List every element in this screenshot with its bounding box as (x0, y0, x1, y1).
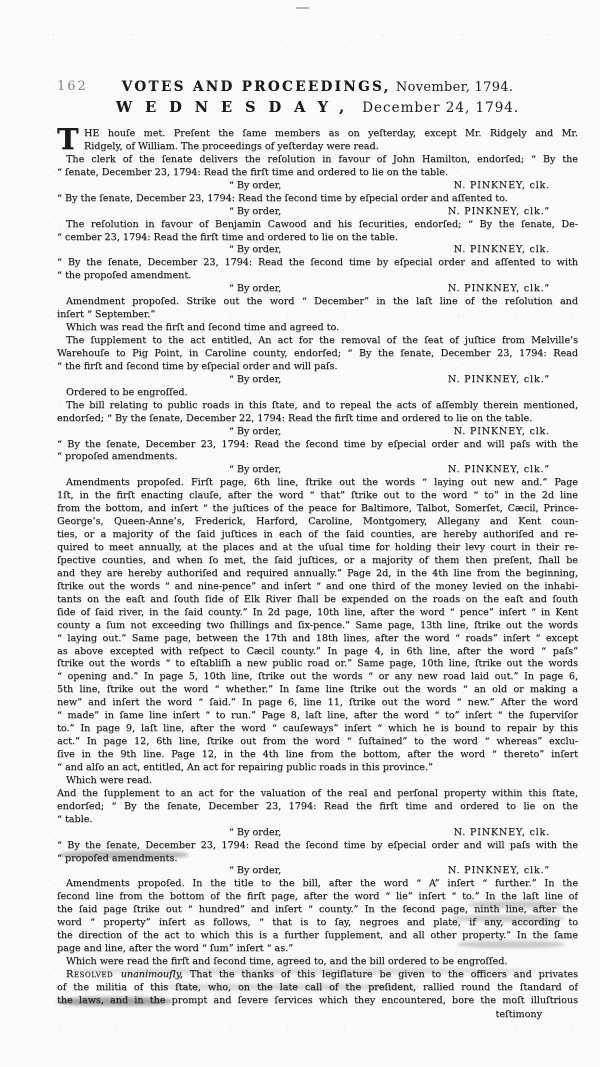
attribution-line: “ By order,N. PINKNEY, clk.” (57, 206, 578, 219)
text-line: tants on the eaſt and ſouth ſide of Elk … (57, 594, 578, 607)
text-line: ſpective counties, and when ſo met, the … (57, 555, 578, 568)
text-line: “ made” in ſame line inſert “ to run.” P… (57, 710, 578, 723)
text-line: “ By the ſenate, December 23, 1794: Read… (57, 257, 578, 270)
text-line: ſide of ſaid river, in the ſaid county.”… (57, 607, 578, 620)
text-line: The reſolution in favour of Benjamin Caw… (57, 219, 578, 232)
text-line: ſtrike out the words “ and nine-pence” a… (57, 581, 578, 594)
text-line: and they are hereby authoriſed and requi… (57, 568, 578, 581)
text-line: ſive in the 9th line. Page 12, in the 4t… (57, 749, 578, 762)
by-order-label: “ By order, (229, 827, 281, 840)
text-line: Warehouſe to Pig Point, in Caroline coun… (57, 348, 578, 361)
catchword: teſtimony (57, 1008, 578, 1021)
body-text: T HE houſe met. Preſent the ſame members… (57, 128, 578, 1021)
text-line: word “ property” inſert as follows, “ th… (57, 917, 578, 930)
clerk-signature: N. PINKNEY, clk. (454, 244, 550, 257)
header-title-date: November, 1794. (396, 80, 513, 95)
text-line: endorſed; “ By the ſenate, December 22, … (57, 413, 578, 426)
text-line: “ propoſed amendments. (57, 853, 578, 866)
by-order-label: “ By order, (229, 865, 281, 878)
text-line: “ opening and.” In page 5, 10th line, ſt… (57, 671, 578, 684)
text-line: The bill relating to public roads in thi… (57, 400, 578, 413)
text-line: “ cember 23, 1794: Read the firſt time a… (57, 232, 578, 245)
running-header: 162 VOTES AND PROCEEDINGS, November, 179… (57, 76, 578, 95)
day-heading: WEDNESDAY, December 24, 1794. (57, 96, 578, 117)
header-title: VOTES AND PROCEEDINGS, (122, 79, 391, 95)
text-line: Amendments propoſed. Firſt page, 6th lin… (57, 477, 578, 490)
text-line: new” and inſert the word “ ſaid.” In pag… (57, 697, 578, 710)
text-line: HE houſe met. Preſent the ſame members a… (57, 128, 578, 141)
text-line: page and line, after the word “ ſum” inſ… (57, 943, 578, 956)
text-line: Which was read the firſt and ſecond time… (57, 322, 578, 335)
scan-noise-band (4, 28, 596, 36)
text-line: Which were read. (57, 775, 578, 788)
text-line: 1ſt, in the firſt enacting clauſe, after… (57, 490, 578, 503)
text-line: the laws, and in the prompt and ſevere ſ… (57, 995, 578, 1008)
text-line: endorſed; “ By the ſenate, December 23, … (57, 801, 578, 814)
text-line: act.” In page 12, 6th line, ſtrike out f… (57, 736, 578, 749)
text-segment: That the thanks of this legiſlature be g… (190, 969, 578, 980)
attribution-line: “ By order,N. PINKNEY, clk.” (57, 464, 578, 477)
text-line: as above excepted with reſpect to Cæcil … (57, 646, 578, 659)
text-line: ties, or a majority of the ſaid juſtices… (57, 529, 578, 542)
clerk-signature: N. PINKNEY, clk. (454, 180, 550, 193)
text-line: quired to meet annually, at the places a… (57, 542, 578, 555)
clerk-signature: N. PINKNEY, clk.” (448, 283, 550, 296)
day-name: WEDNESDAY, (116, 99, 357, 116)
text-line: “ By the ſenate, December 23, 1794: Read… (57, 193, 578, 206)
text-line: “ table. (57, 814, 578, 827)
clerk-signature: N. PINKNEY, clk.” (448, 865, 550, 878)
text-line: And the ſupplement to an act for the val… (57, 788, 578, 801)
clerk-signature: N. PINKNEY, clk. (454, 426, 550, 439)
text-line: to.” In page 9, laſt line, after the wor… (57, 723, 578, 736)
text-line: ſecond line from the bottom of the firſt… (57, 891, 578, 904)
text-line: “ the propoſed amendment. (57, 270, 578, 283)
text-line: county a ſum not exceeding two ſhillings… (57, 620, 578, 633)
by-order-label: “ By order, (229, 180, 281, 193)
text-line: “ By the ſenate, December 23, 1794: Read… (57, 840, 578, 853)
text-line: Amendment propoſed. Strike out the word … (57, 296, 578, 309)
clerk-signature: N. PINKNEY, clk. (454, 827, 550, 840)
page-number: 162 (57, 77, 88, 96)
text-line: 5th line, ſtrike out the word “ whether.… (57, 684, 578, 697)
document-page: 162 VOTES AND PROCEEDINGS, November, 179… (0, 0, 600, 1067)
text-line: the ſaid page ſtrike out “ hundred” and … (57, 904, 578, 917)
by-order-label: “ By order, (229, 244, 281, 257)
body-lines: HE houſe met. Preſent the ſame members a… (57, 128, 578, 1008)
attribution-line: “ By order,N. PINKNEY, clk.” (57, 283, 578, 296)
by-order-label: “ By order, (229, 426, 281, 439)
text-line: Ordered to be engroſſed. (57, 387, 578, 400)
day-date: December 24, 1794. (362, 100, 519, 116)
text-line: Ridgely, of William. The proceedings of … (57, 141, 578, 154)
text-line: the direction of the act to which this i… (57, 930, 578, 943)
text-line: Which were read the firſt and ſecond tim… (57, 956, 578, 969)
text-line: “ the firſt and ſecond time by eſpecial … (57, 361, 578, 374)
text-line: “ propoſed amendments. (57, 451, 578, 464)
text-segment: unanimouſly, (121, 969, 190, 980)
clerk-signature: N. PINKNEY, clk.” (448, 374, 550, 387)
attribution-line: “ By order,N. PINKNEY, clk. (57, 426, 578, 439)
attribution-line: “ By order,N. PINKNEY, clk. (57, 827, 578, 840)
attribution-line: “ By order,N. PINKNEY, clk. (57, 180, 578, 193)
text-line: “ ſenate, December 23, 1794: Read the fi… (57, 167, 578, 180)
text-line: George’s, Queen-Anne’s, Frederick, Harfo… (57, 516, 578, 529)
clerk-signature: N. PINKNEY, clk.” (448, 464, 550, 477)
scan-artifact-dash (296, 7, 309, 9)
text-line: “ laying out.” Same page, between the 17… (57, 633, 578, 646)
text-line: from the bottom, and inſert “ the juſtic… (57, 503, 578, 516)
text-line: The clerk of the ſenate delivers the reſ… (57, 154, 578, 167)
attribution-line: “ By order,N. PINKNEY, clk.” (57, 865, 578, 878)
page-content: 162 VOTES AND PROCEEDINGS, November, 179… (57, 76, 578, 1021)
text-line: ſtrike out the words “ to eſtabliſh a ne… (57, 658, 578, 671)
text-line: “ By the ſenate, December 23, 1794: Read… (57, 439, 578, 452)
by-order-label: “ By order, (229, 206, 281, 219)
text-line: inſert “ September.” (57, 309, 578, 322)
text-line: of the militia of this ſtate, who, on th… (57, 982, 578, 995)
text-line: Amendments propoſed. In the title to the… (57, 878, 578, 891)
by-order-label: “ By order, (229, 464, 281, 477)
text-line: The ſupplement to the act entitled, An a… (57, 335, 578, 348)
text-segment: Resolved (66, 969, 121, 980)
by-order-label: “ By order, (229, 374, 281, 387)
attribution-line: “ By order,N. PINKNEY, clk. (57, 244, 578, 257)
text-line: “ and alſo an act, entitled, An act for … (57, 762, 578, 775)
drop-cap: T (57, 126, 83, 153)
by-order-label: “ By order, (229, 283, 281, 296)
clerk-signature: N. PINKNEY, clk.” (448, 206, 550, 219)
text-line: Resolved unanimouſly, That the thanks of… (57, 969, 578, 982)
attribution-line: “ By order,N. PINKNEY, clk.” (57, 374, 578, 387)
